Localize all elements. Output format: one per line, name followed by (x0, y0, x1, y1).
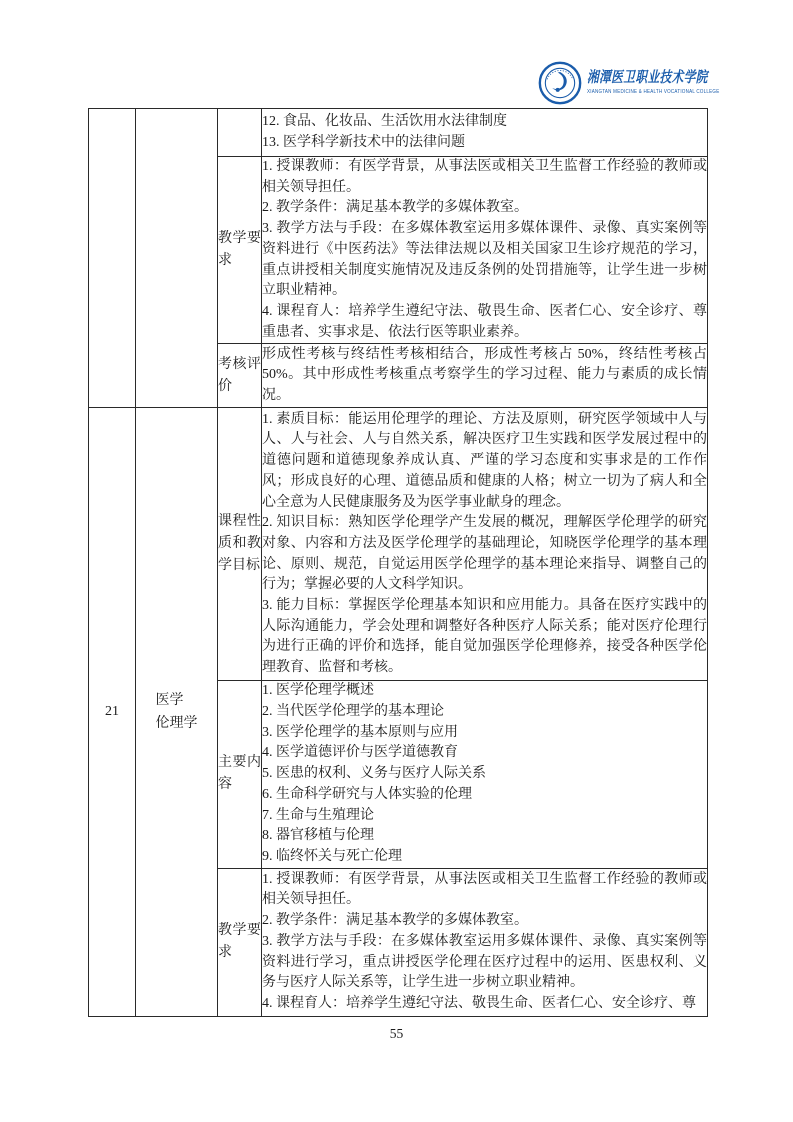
course-name-cell-empty (136, 109, 218, 408)
college-name-en: XIANGTAN MEDICINE & HEALTH VOCATIONAL CO… (587, 88, 719, 96)
main-content-overflow-text: 12. 食品、化妆品、生活饮用水法律制度 13. 医学科学新技术中的法律问题 (262, 112, 707, 153)
course-nature-goals-cell: 1. 素质目标：能运用伦理学的理论、方法及原则，研究医学领域中人与人、人与社会、… (262, 408, 708, 681)
row-header-teaching-requirements-2: 教学要求 (218, 868, 262, 1016)
assessment-text: 形成性考核与终结性考核相结合，形成性考核占 50%，终结性考核占 50%。其中形… (262, 345, 707, 407)
teaching-requirements-2-text: 1. 授课教师：有医学背景，从事法医或相关卫生监督工作经验的教师或相关领导担任。… (262, 870, 707, 1015)
college-name-zh: 湘潭医卫职业技术学院 (587, 70, 713, 87)
assessment-cell: 形成性考核与终结性考核相结合，形成性考核占 50%，终结性考核占 50%。其中形… (262, 344, 708, 408)
teaching-requirements-cell: 1. 授课教师：有医学背景，从事法医或相关卫生监督工作经验的教师或相关领导担任。… (262, 157, 708, 344)
row-header-course-nature-goals: 课程性质和教学目标 (218, 408, 262, 681)
main-content-list: 1. 医学伦理学概述 2. 当代医学伦理学的基本理论 3. 医学伦理学的基本原则… (262, 681, 707, 867)
row-header-teaching-requirements: 教学要求 (218, 157, 262, 344)
college-logo: 湘潭医卫职业技术学院 XIANGTAN MEDICINE & HEALTH VO… (538, 60, 708, 106)
teaching-requirements-text: 1. 授课教师：有医学背景，从事法医或相关卫生监督工作经验的教师或相关领导担任。… (262, 157, 707, 343)
main-content-cell: 1. 医学伦理学概述 2. 当代医学伦理学的基本理论 3. 医学伦理学的基本原则… (262, 681, 708, 868)
main-content-overflow-cell: 12. 食品、化妆品、生活饮用水法律制度 13. 医学科学新技术中的法律问题 (262, 109, 708, 157)
table-row: 12. 食品、化妆品、生活饮用水法律制度 13. 医学科学新技术中的法律问题 (89, 109, 708, 157)
table-row: 21 医学 伦理学 课程性质和教学目标 1. 素质目标：能运用伦理学的理论、方法… (89, 408, 708, 681)
college-emblem-icon (538, 61, 582, 105)
course-name-cell: 医学 伦理学 (136, 408, 218, 1016)
course-nature-goals-text: 1. 素质目标：能运用伦理学的理论、方法及原则，研究医学领域中人与人、人与社会、… (262, 410, 707, 679)
page-number: 55 (0, 1026, 793, 1042)
college-logo-text: 湘潭医卫职业技术学院 XIANGTAN MEDICINE & HEALTH VO… (587, 70, 749, 96)
course-number-cell: 21 (89, 408, 136, 1016)
course-name-text: 医学 伦理学 (156, 689, 198, 735)
syllabus-table: 12. 食品、化妆品、生活饮用水法律制度 13. 医学科学新技术中的法律问题 教… (88, 108, 708, 1017)
teaching-requirements-2-cell: 1. 授课教师：有医学背景，从事法医或相关卫生监督工作经验的教师或相关领导担任。… (262, 868, 708, 1016)
row-header-cell-empty (218, 109, 262, 157)
document-page: 湘潭医卫职业技术学院 XIANGTAN MEDICINE & HEALTH VO… (0, 0, 793, 1122)
row-header-assessment: 考核评价 (218, 344, 262, 408)
course-number-cell-empty (89, 109, 136, 408)
row-header-main-content: 主要内容 (218, 681, 262, 868)
